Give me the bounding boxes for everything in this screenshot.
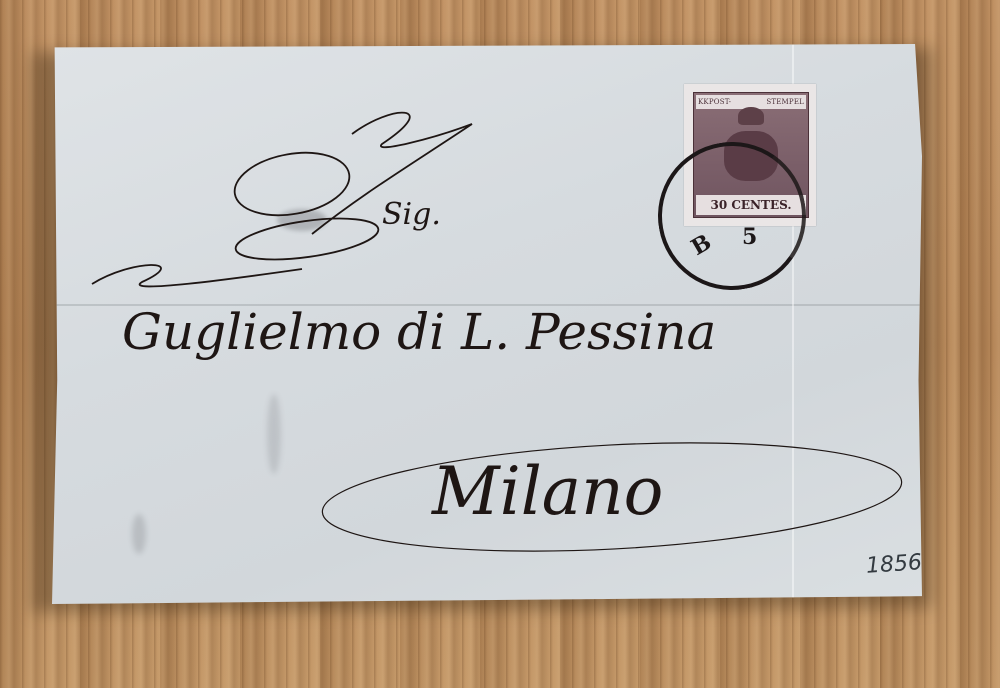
stamp-top-right-text: STEMPEL: [766, 98, 804, 106]
year-annotation: 1856: [865, 550, 923, 579]
folded-letter: Sig. Guglielmo di L. Pessina Milano KKPO…: [52, 44, 922, 604]
crown-icon: [738, 107, 764, 125]
postmark-day: 5: [742, 224, 757, 250]
destination-text: Milano: [431, 453, 663, 530]
addressee-text: Guglielmo di L. Pessina: [122, 303, 716, 361]
stamp-top-left-text: KKPOST-: [698, 98, 731, 106]
salutation-text: Sig.: [382, 197, 441, 232]
